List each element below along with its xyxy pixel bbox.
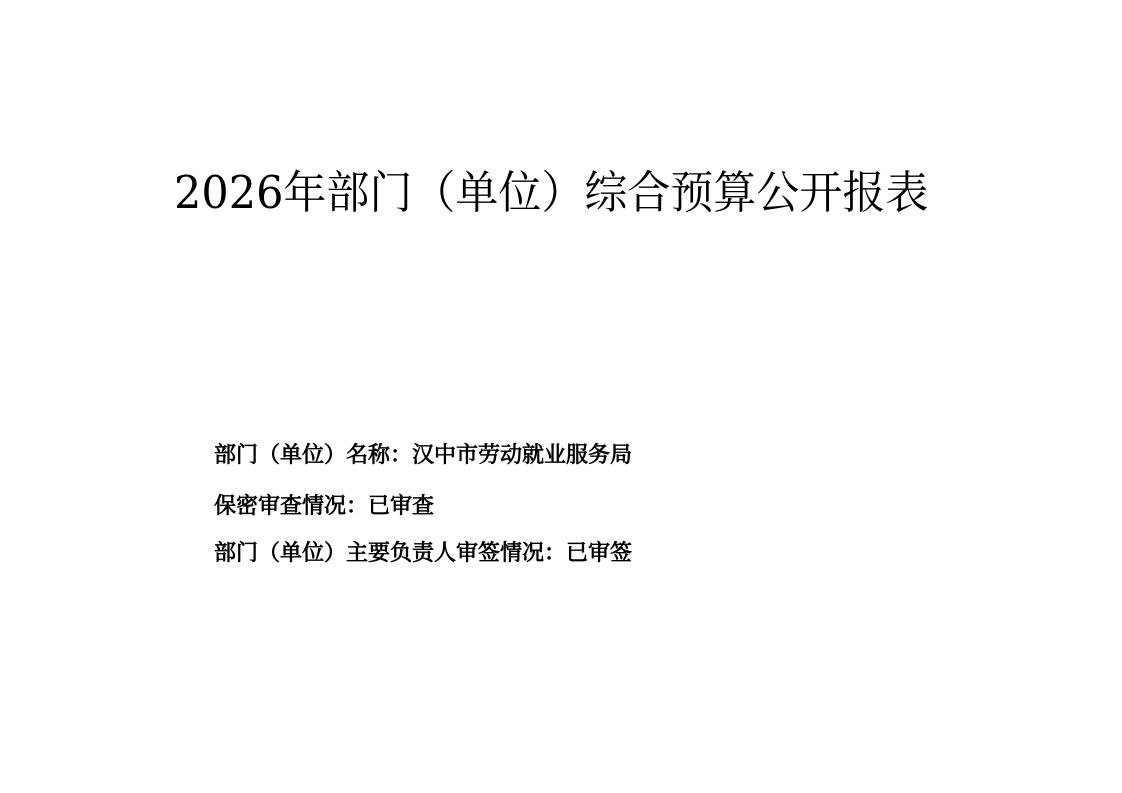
confidentiality-review-line: 保密审查情况：已审查 <box>214 492 434 522</box>
confidentiality-review-label: 保密审查情况： <box>214 494 368 519</box>
department-name-label: 部门（单位）名称： <box>214 443 412 468</box>
document-page: 2026年部门（单位）综合预算公开报表 部门（单位）名称：汉中市劳动就业服务局 … <box>0 0 1122 793</box>
department-name-line: 部门（单位）名称：汉中市劳动就业服务局 <box>214 441 632 471</box>
head-signoff-label: 部门（单位）主要负责人审签情况： <box>214 541 566 566</box>
department-name-value: 汉中市劳动就业服务局 <box>412 443 632 468</box>
document-title: 2026年部门（单位）综合预算公开报表 <box>174 166 964 221</box>
head-signoff-line: 部门（单位）主要负责人审签情况：已审签 <box>214 539 632 569</box>
confidentiality-review-value: 已审查 <box>368 494 434 519</box>
head-signoff-value: 已审签 <box>566 541 632 566</box>
